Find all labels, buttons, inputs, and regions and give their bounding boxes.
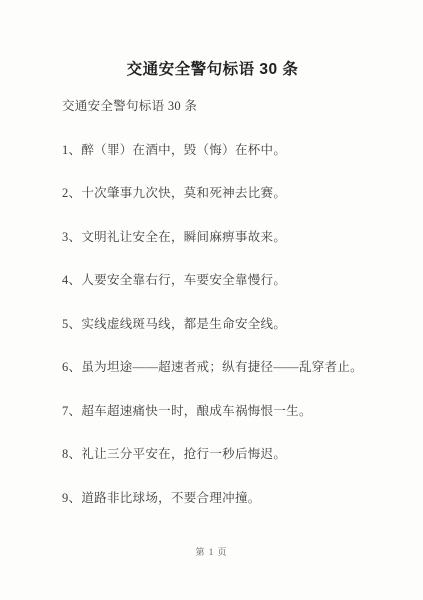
page-number-footer: 第 1 页 — [0, 545, 423, 558]
slogan-item-1: 1、醉（罪）在酒中，毁（悔）在杯中。 — [62, 144, 363, 157]
page-title: 交通安全警句标语 30 条 — [62, 61, 363, 79]
slogan-item-5: 5、实线虚线斑马线，都是生命安全线。 — [62, 318, 363, 331]
document-subtitle: 交通安全警句标语 30 条 — [62, 100, 363, 113]
document-page: 交通安全警句标语 30 条 交通安全警句标语 30 条 1、醉（罪）在酒中，毁（… — [0, 0, 423, 600]
slogan-item-6: 6、虽为坦途——超速者戒；纵有捷径——乱穿者止。 — [62, 361, 363, 374]
slogan-item-3: 3、文明礼让安全在，瞬间麻痹事故来。 — [62, 231, 363, 244]
slogan-item-9: 9、道路非比球场，不要合理冲撞。 — [62, 492, 363, 505]
slogan-item-4: 4、人要安全靠右行，车要安全靠慢行。 — [62, 274, 363, 287]
slogan-item-2: 2、十次肇事九次快，莫和死神去比赛。 — [62, 187, 363, 200]
slogan-item-7: 7、超车超速痛快一时，酿成车祸悔恨一生。 — [62, 405, 363, 418]
slogan-item-8: 8、礼让三分平安在，抢行一秒后悔迟。 — [62, 448, 363, 461]
